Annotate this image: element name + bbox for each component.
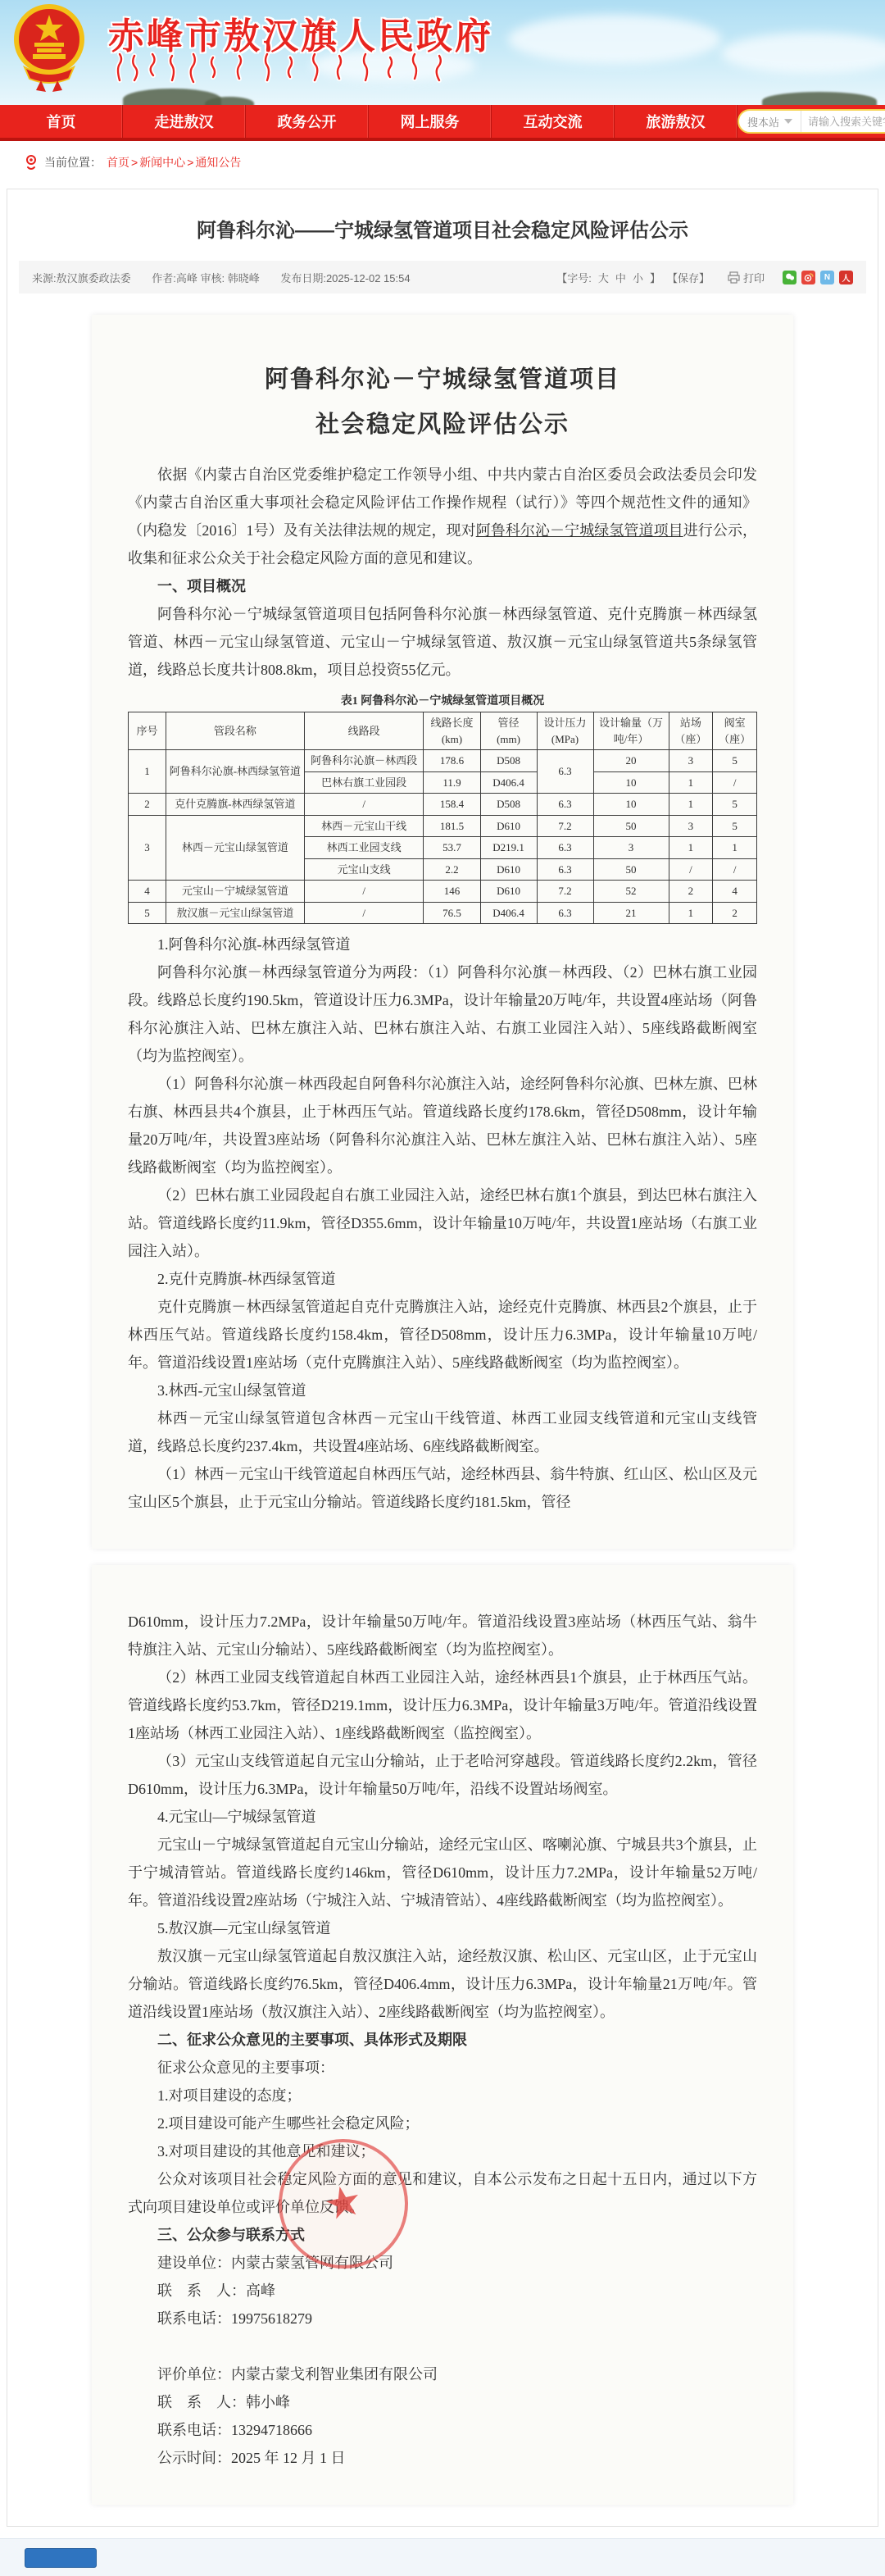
- table-cell: 巴林右旗工业园段: [304, 771, 424, 794]
- table-cell: 10: [593, 771, 669, 794]
- table-cell: 1: [669, 771, 713, 794]
- table-cell: 5: [129, 902, 166, 924]
- breadcrumb: 当前位置： 首页 > 新闻中心 > 通知公告: [0, 141, 885, 184]
- doc-paragraph: 征求公众意见的主要事项：: [128, 2054, 757, 2082]
- print-button[interactable]: 打印: [728, 270, 765, 285]
- cloud-decoration: [508, 15, 721, 64]
- page-title: 阿鲁科尔沁——宁城绿氢管道项目社会稳定风险评估公示: [40, 214, 845, 243]
- doc-text-underlined: 阿鲁科尔沁－宁城绿氢管道项目: [476, 522, 683, 539]
- nav-item-tourism[interactable]: 旅游敖汉: [615, 105, 737, 138]
- table-cell: 76.5: [424, 902, 480, 924]
- table-cell: D610: [480, 815, 537, 837]
- table-cell: 林西－元宝山干线: [304, 815, 424, 837]
- doc-paragraph: D610mm，设计压力7.2MPa，设计年输量50万吨/年。管道沿线设置3座站场…: [128, 1608, 757, 1663]
- table-row: 4 元宝山－宁城绿氢管道 / 146 D610 7.2 52 2 4: [129, 881, 757, 903]
- table-cell: 7.2: [537, 815, 593, 837]
- table-cell: 林西工业园支线: [304, 837, 424, 859]
- doc-subheading: 3.林西-元宝山绿氢管道: [128, 1377, 757, 1404]
- doc-contact-line: 建设单位：内蒙古蒙氢管网有限公司: [128, 2249, 757, 2277]
- table-cell: 元宝山－宁城绿氢管道: [166, 881, 305, 903]
- table-cell: 1: [713, 837, 757, 859]
- search-box: 搜本站: [737, 109, 885, 134]
- tree-silhouette: [762, 92, 877, 105]
- table-cell: 5: [713, 815, 757, 837]
- doc-paragraph: 敖汉旗－元宝山绿氢管道起自敖汉旗注入站，途经敖汉旗、松山区、元宝山区，止于元宝山…: [128, 1942, 757, 2026]
- document-title-line2: 社会稳定风险评估公示: [128, 403, 757, 448]
- document-page-2: D610mm，设计压力7.2MPa，设计年输量50万吨/年。管道沿线设置3座站场…: [92, 1565, 793, 2505]
- col-header: 线路长度(km): [424, 712, 480, 750]
- table-cell: 181.5: [424, 815, 480, 837]
- table-cell: 11.9: [424, 771, 480, 794]
- font-size-large-button[interactable]: 大: [598, 270, 609, 285]
- pipeline-overview-table: 序号 管段名称 线路段 线路长度(km) 管径(mm) 设计压力(MPa) 设计…: [128, 712, 757, 924]
- search-input[interactable]: [801, 111, 885, 132]
- doc-paragraph: 公众对该项目社会稳定风险方面的意见和建议，自本公示发布之日起十五日内，通过以下方…: [128, 2165, 757, 2221]
- doc-subheading: 5.敖汉旗—元宝山绿氢管道: [128, 1914, 757, 1942]
- table-cell: 敖汉旗－元宝山绿氢管道: [166, 902, 305, 924]
- table-cell: D610: [480, 881, 537, 903]
- doc-contact-line: 联 系 人：高峰: [128, 2277, 757, 2305]
- nav-item-about-aohan[interactable]: 走进敖汉: [123, 105, 246, 138]
- doc-contact-line: 联系电话：19975618279: [128, 2305, 757, 2333]
- col-header: 设计输量（万吨/年）: [593, 712, 669, 750]
- meta-author: 作者:高峰 审核: 韩晓峰: [152, 272, 259, 284]
- nav-item-gov-info[interactable]: 政务公开: [246, 105, 369, 138]
- doc-paragraph: （2）巴林右旗工业园段起自右旗工业园注入站，途经巴林右旗1个旗县，到达巴林右旗注…: [128, 1181, 757, 1265]
- font-size-label: 【字号:: [556, 270, 592, 285]
- mongolian-script: [115, 51, 459, 85]
- doc-paragraph: 1.对项目建设的态度；: [128, 2082, 757, 2109]
- table-cell: D508: [480, 750, 537, 772]
- doc-paragraph: （1）阿鲁科尔沁旗－林西段起自阿鲁科尔沁旗注入站，途经阿鲁科尔沁旗、巴林左旗、巴…: [128, 1070, 757, 1181]
- table-cell: 4: [129, 881, 166, 903]
- table-caption: 表1 阿鲁科尔沁－宁城绿氢管道项目概况: [128, 692, 757, 708]
- doc-publish-date: 公示时间：2025 年 12 月 1 日: [128, 2444, 757, 2472]
- table-cell: 6.3: [537, 794, 593, 816]
- table-cell: 1: [669, 837, 713, 859]
- article-meta-bar: 来源:敖汉旗委政法委 作者:高峰 审核: 韩晓峰 发布日期:2025-12-02…: [19, 261, 866, 294]
- table-cell: 1: [669, 902, 713, 924]
- people-share-icon[interactable]: 人: [839, 271, 853, 284]
- table-header-row: 序号 管段名称 线路段 线路长度(km) 管径(mm) 设计压力(MPa) 设计…: [129, 712, 757, 750]
- nav-item-online-services[interactable]: 网上服务: [369, 105, 492, 138]
- table-row: 2 克什克腾旗-林西绿氢管道 / 158.4 D508 6.3 10 1 5: [129, 794, 757, 816]
- doc-paragraph: 阿鲁科尔沁旗－林西绿氢管道分为两段：（1）阿鲁科尔沁旗－林西段、（2）巴林右旗工…: [128, 958, 757, 1070]
- table-cell: 2: [129, 794, 166, 816]
- table-cell: 1: [129, 750, 166, 794]
- table-cell: D508: [480, 794, 537, 816]
- print-label: 打印: [743, 270, 765, 285]
- doc-contact-line: 联系电话：13294718666: [128, 2416, 757, 2444]
- font-size-small-button[interactable]: 小: [633, 270, 643, 285]
- wechat-share-icon[interactable]: [783, 271, 796, 284]
- site-banner: 赤峰市敖汉旗人民政府: [0, 0, 885, 105]
- table-row: 5 敖汉旗－元宝山绿氢管道 / 76.5 D406.4 6.3 21 1 2: [129, 902, 757, 924]
- doc-paragraph: 克什克腾旗－林西绿氢管道起自克什克腾旗注入站，途经克什克腾旗、林西县2个旗县，止…: [128, 1293, 757, 1377]
- nav-item-home[interactable]: 首页: [0, 105, 123, 138]
- table-cell: 6.3: [537, 858, 593, 881]
- article-meta-info: 来源:敖汉旗委政法委 作者:高峰 审核: 韩晓峰 发布日期:2025-12-02…: [32, 270, 429, 285]
- tree-silhouette: [205, 97, 254, 105]
- breadcrumb-separator: >: [131, 156, 138, 169]
- table-cell: 53.7: [424, 837, 480, 859]
- doc-section-heading: 二、征求公众意见的主要事项、具体形式及期限: [128, 2026, 757, 2054]
- table-cell: /: [304, 881, 424, 903]
- article-container: 阿鲁科尔沁——宁城绿氢管道项目社会稳定风险评估公示 来源:敖汉旗委政法委 作者:…: [7, 189, 878, 2527]
- scanned-document: 阿鲁科尔沁－宁城绿氢管道项目 社会稳定风险评估公示 依据《内蒙古自治区党委维护稳…: [92, 315, 793, 2505]
- doc-paragraph: （1）林西－元宝山干线管道起自林西压气站，途经林西县、翁牛特旗、红山区、松山区及…: [128, 1460, 757, 1516]
- doc-paragraph: （3）元宝山支线管道起自元宝山分输站，止于老哈河穿越段。管道线路长度约2.2km…: [128, 1747, 757, 1803]
- table-cell: D610: [480, 858, 537, 881]
- share-icons: N 人: [783, 271, 853, 284]
- col-header: 管径(mm): [480, 712, 537, 750]
- table-cell: 2.2: [424, 858, 480, 881]
- table-cell: 阿鲁科尔沁旗-林西绿氢管道: [166, 750, 305, 794]
- save-button[interactable]: 【保存】: [667, 270, 710, 285]
- table-cell: /: [304, 902, 424, 924]
- doc-subheading: 4.元宝山—宁城绿氢管道: [128, 1803, 757, 1831]
- table-cell: 50: [593, 858, 669, 881]
- table-cell: 7.2: [537, 881, 593, 903]
- spacer: [128, 2333, 757, 2360]
- table-cell: 林西－元宝山绿氢管道: [166, 815, 305, 881]
- doc-paragraph: 林西－元宝山绿氢管道包含林西－元宝山干线管道、林西工业园支线管道和元宝山支线管道…: [128, 1404, 757, 1460]
- col-header: 设计压力(MPa): [537, 712, 593, 750]
- table-cell: 5: [713, 750, 757, 772]
- table-cell: 3: [593, 837, 669, 859]
- document-title: 阿鲁科尔沁－宁城绿氢管道项目 社会稳定风险评估公示: [128, 357, 757, 448]
- table-cell: 3: [669, 815, 713, 837]
- table-cell: 5: [713, 794, 757, 816]
- doc-contact-line: 评价单位：内蒙古蒙戈利智业集团有限公司: [128, 2360, 757, 2388]
- document-title-line1: 阿鲁科尔沁－宁城绿氢管道项目: [128, 357, 757, 403]
- col-header: 站场（座）: [669, 712, 713, 750]
- col-header: 阀室（座）: [713, 712, 757, 750]
- table-row: 3 林西－元宝山绿氢管道 林西－元宝山干线 181.5 D610 7.2 50 …: [129, 815, 757, 837]
- col-header: 序号: [129, 712, 166, 750]
- table-cell: D406.4: [480, 902, 537, 924]
- table-cell: 52: [593, 881, 669, 903]
- font-size-label-end: 】: [650, 270, 660, 285]
- table-cell: 阿鲁科尔沁旗－林西段: [304, 750, 424, 772]
- doc-subheading: 1.阿鲁科尔沁旗-林西绿氢管道: [128, 931, 757, 958]
- meta-source: 来源:敖汉旗委政法委: [32, 272, 131, 284]
- table-cell: 10: [593, 794, 669, 816]
- national-emblem-logo: [11, 3, 87, 92]
- table-row: 1 阿鲁科尔沁旗-林西绿氢管道 阿鲁科尔沁旗－林西段 178.6 D508 6.…: [129, 750, 757, 772]
- table-cell: /: [304, 794, 424, 816]
- table-cell: 2: [713, 902, 757, 924]
- col-header: 管段名称: [166, 712, 305, 750]
- printer-icon: [728, 271, 740, 284]
- table-cell: /: [669, 858, 713, 881]
- table-cell: 6.3: [537, 750, 593, 794]
- breadcrumb-separator: >: [187, 156, 193, 169]
- table-cell: 克什克腾旗-林西绿氢管道: [166, 794, 305, 816]
- doc-contact-line: 联 系 人：韩小峰: [128, 2388, 757, 2416]
- doc-paragraph: 2.项目建设可能产生哪些社会稳定风险；: [128, 2109, 757, 2137]
- article-tools: 【字号: 大 中 小 】 【保存】 打印 N: [556, 270, 853, 285]
- table-cell: /: [713, 858, 757, 881]
- doc-paragraph: （2）林西工业园支线管道起自林西工业园注入站，途经林西县1个旗县，止于林西压气站…: [128, 1663, 757, 1747]
- document-page-1: 阿鲁科尔沁－宁城绿氢管道项目 社会稳定风险评估公示 依据《内蒙古自治区党委维护稳…: [92, 315, 793, 1549]
- doc-section-heading: 三、公众参与联系方式: [128, 2221, 757, 2249]
- table-cell: 158.4: [424, 794, 480, 816]
- table-cell: 6.3: [537, 837, 593, 859]
- doc-paragraph: 依据《内蒙古自治区党委维护稳定工作领导小组、中共内蒙古自治区委员会政法委员会印发…: [128, 461, 757, 572]
- location-pin-icon: [25, 154, 38, 171]
- table-cell: 2: [669, 881, 713, 903]
- page-footer: [0, 2538, 885, 2576]
- table-cell: 178.6: [424, 750, 480, 772]
- cloud-decoration: [721, 33, 885, 74]
- table-cell: D219.1: [480, 837, 537, 859]
- nav-search-area: 搜本站: [737, 105, 885, 138]
- footer-widget[interactable]: [25, 2548, 97, 2568]
- nav-item-interaction[interactable]: 互动交流: [492, 105, 615, 138]
- doc-section-heading: 一、项目概况: [128, 572, 757, 600]
- breadcrumb-link-home[interactable]: 首页: [107, 154, 129, 171]
- table-cell: D406.4: [480, 771, 537, 794]
- chevron-down-icon: [784, 119, 792, 124]
- search-scope-label: 搜本站: [747, 114, 779, 130]
- table-cell: 3: [129, 815, 166, 881]
- doc-paragraph: 3.对项目建设的其他意见和建议；: [128, 2137, 757, 2165]
- breadcrumb-label: 当前位置：: [44, 154, 102, 171]
- font-size-medium-button[interactable]: 中: [615, 270, 626, 285]
- table-cell: 21: [593, 902, 669, 924]
- breadcrumb-link-notices[interactable]: 通知公告: [195, 154, 241, 171]
- table-cell: /: [713, 771, 757, 794]
- table-cell: 20: [593, 750, 669, 772]
- doc-paragraph: 元宝山－宁城绿氢管道起自元宝山分输站，途经元宝山区、喀喇沁旗、宁城县共3个旗县，…: [128, 1831, 757, 1914]
- table-cell: 3: [669, 750, 713, 772]
- table-cell: 146: [424, 881, 480, 903]
- table-cell: 6.3: [537, 902, 593, 924]
- main-nav: 首页 走进敖汉 政务公开 网上服务 互动交流 旅游敖汉 搜本站: [0, 105, 885, 141]
- table-cell: 元宝山支线: [304, 858, 424, 881]
- doc-paragraph: 阿鲁科尔沁－宁城绿氢管道项目包括阿鲁科尔沁旗－林西绿氢管道、克什克腾旗－林西绿氢…: [128, 600, 757, 684]
- meta-date: 发布日期:2025-12-02 15:54: [280, 272, 410, 284]
- weibo-share-icon[interactable]: [801, 271, 815, 284]
- breadcrumb-link-news[interactable]: 新闻中心: [139, 154, 185, 171]
- table-cell: 50: [593, 815, 669, 837]
- col-header: 线路段: [304, 712, 424, 750]
- doc-subheading: 2.克什克腾旗-林西绿氢管道: [128, 1265, 757, 1293]
- qzone-share-icon[interactable]: N: [820, 271, 834, 284]
- table-cell: 1: [669, 794, 713, 816]
- table-cell: 4: [713, 881, 757, 903]
- search-scope-dropdown[interactable]: 搜本站: [739, 111, 801, 132]
